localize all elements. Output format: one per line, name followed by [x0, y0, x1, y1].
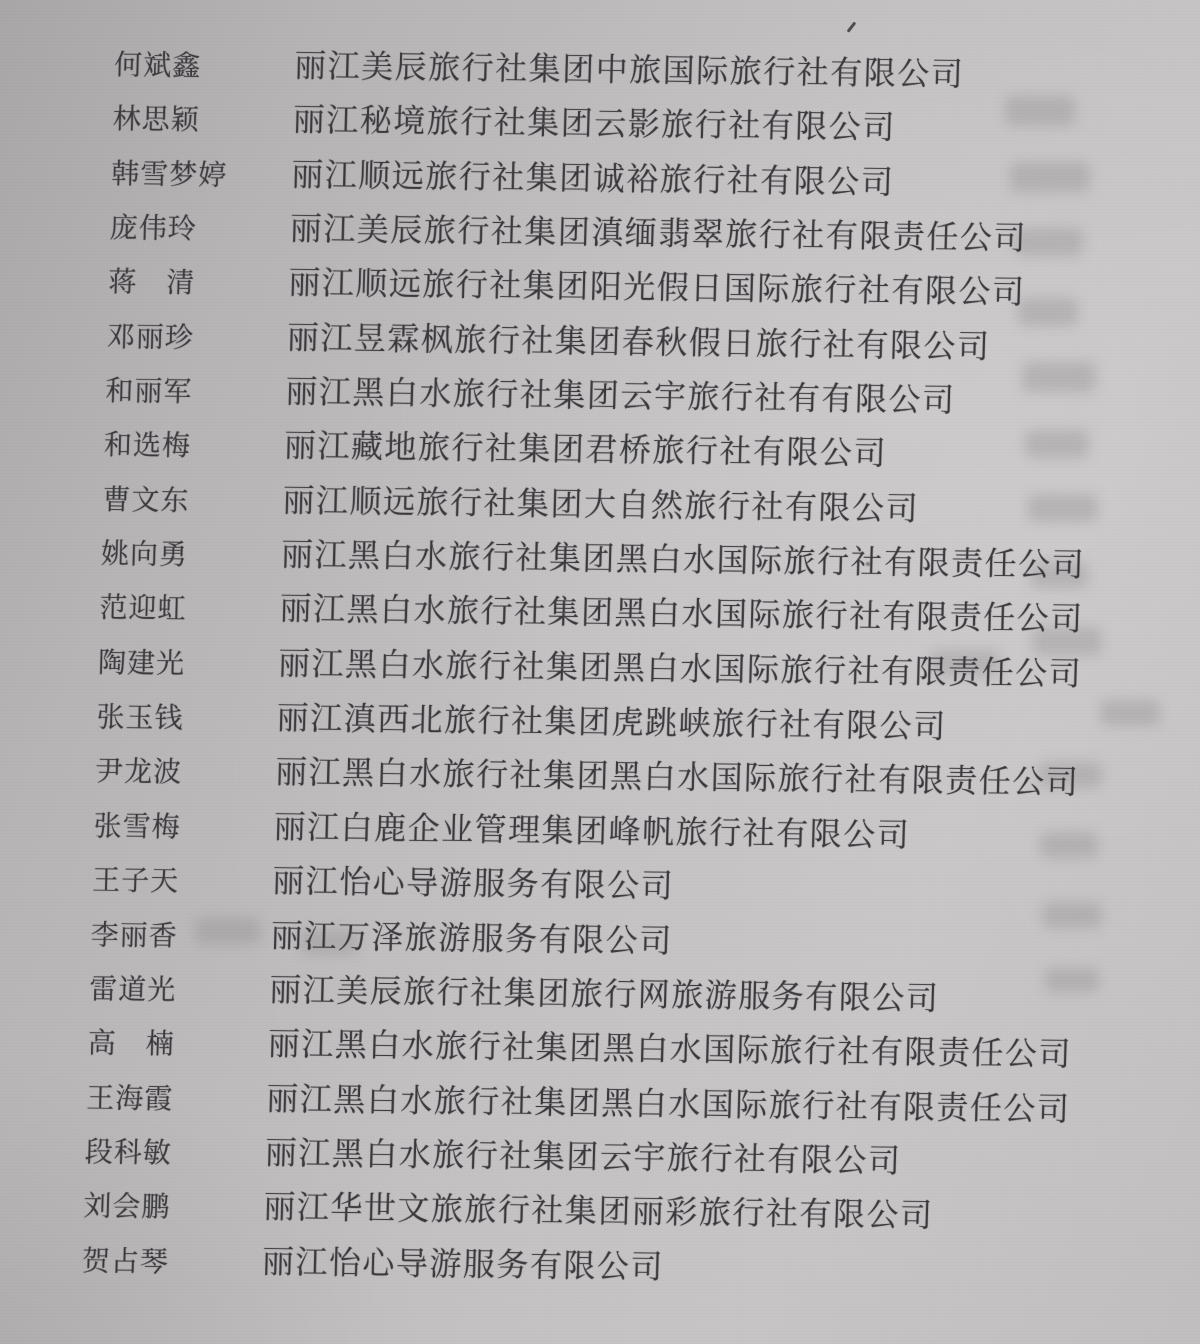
- person-name: 段科敏: [84, 1126, 265, 1183]
- company-name: 丽江万泽旅游服务有限公司: [270, 917, 673, 958]
- person-name: 何斌鑫: [113, 39, 294, 96]
- person-name: 雷道光: [89, 963, 270, 1020]
- company-name: 丽江黑白水旅行社集团黑白水国际旅行社有限责任公司: [267, 1026, 1072, 1072]
- person-name: 林思颖: [112, 93, 293, 150]
- person-name: 姚向勇: [100, 528, 281, 585]
- company-name: 丽江美辰旅行社集团滇缅翡翠旅行社有限责任公司: [289, 210, 1027, 256]
- company-name: 丽江秘境旅行社集团云影旅行社有限公司: [292, 102, 896, 146]
- person-name: 刘会鹏: [83, 1180, 264, 1237]
- person-name: 蒋 清: [108, 256, 289, 313]
- company-name: 丽江美辰旅行社集团旅行网旅游服务有限公司: [269, 971, 940, 1016]
- person-name: 邓丽珍: [106, 311, 287, 368]
- person-name: 高 楠: [87, 1017, 268, 1074]
- company-name: 丽江黑白水旅行社集团黑白水国际旅行社有限责任公司: [275, 754, 1080, 800]
- company-name: 丽江华世文旅旅行社集团丽彩旅行社有限公司: [263, 1189, 934, 1234]
- person-name: 张雪梅: [93, 800, 274, 857]
- company-name: 丽江黑白水旅行社集团云宇旅行社有限公司: [264, 1134, 901, 1178]
- company-name: 丽江黑白水旅行社集团黑白水国际旅行社有限责任公司: [279, 591, 1084, 637]
- company-name: 丽江黑白水旅行社集团黑白水国际旅行社有限责任公司: [281, 536, 1086, 582]
- person-name: 张玉钱: [96, 691, 277, 748]
- person-name: 李丽香: [90, 909, 271, 966]
- person-name: 尹龙波: [94, 745, 275, 802]
- stray-tick-mark: [847, 22, 856, 33]
- company-name: 丽江黑白水旅行社集团云宇旅行社有有限公司: [285, 373, 956, 418]
- person-name: 范迎虹: [99, 582, 280, 639]
- person-name: 和选梅: [103, 419, 284, 476]
- company-name: 丽江滇西北旅行社集团虎跳峡旅行社有限公司: [276, 699, 947, 744]
- bleed-through-ghost: [1100, 700, 1160, 726]
- company-name: 丽江怡心导游服务有限公司: [262, 1243, 665, 1284]
- person-name: 王子天: [91, 854, 272, 911]
- person-name: 韩雪梦婷: [111, 148, 292, 205]
- paper-page: 何斌鑫丽江美辰旅行社集团中旅国际旅行社有限公司林思颖丽江秘境旅行社集团云影旅行社…: [0, 0, 1200, 1344]
- person-name: 陶建光: [97, 637, 278, 694]
- person-name: 贺占琴: [81, 1235, 262, 1292]
- company-name: 丽江黑白水旅行社集团黑白水国际旅行社有限责任公司: [278, 645, 1083, 691]
- company-name: 丽江怡心导游服务有限公司: [272, 862, 675, 903]
- company-name: 丽江昱霖枫旅行社集团春秋假日旅行社有限公司: [286, 319, 990, 364]
- person-name: 庞伟玲: [109, 202, 290, 259]
- person-name: 王海霞: [86, 1072, 267, 1129]
- company-name: 丽江美辰旅行社集团中旅国际旅行社有限公司: [294, 47, 965, 92]
- person-name: 和丽军: [105, 365, 286, 422]
- roster-list: 何斌鑫丽江美辰旅行社集团中旅国际旅行社有限公司林思颖丽江秘境旅行社集团云影旅行社…: [81, 36, 1115, 1299]
- company-name: 丽江藏地旅行社集团君桥旅行社有限公司: [284, 428, 888, 472]
- person-name: 曹文东: [102, 474, 283, 531]
- company-name: 丽江顺远旅行社集团诚裕旅行社有限公司: [291, 156, 895, 200]
- company-name: 丽江顺远旅行社集团阳光假日国际旅行社有限公司: [288, 265, 1026, 311]
- company-name: 丽江黑白水旅行社集团黑白水国际旅行社有限责任公司: [266, 1080, 1071, 1126]
- company-name: 丽江顺远旅行社集团大自然旅行社有限公司: [282, 482, 919, 526]
- company-name: 丽江白鹿企业管理集团峰帆旅行社有限公司: [273, 808, 910, 852]
